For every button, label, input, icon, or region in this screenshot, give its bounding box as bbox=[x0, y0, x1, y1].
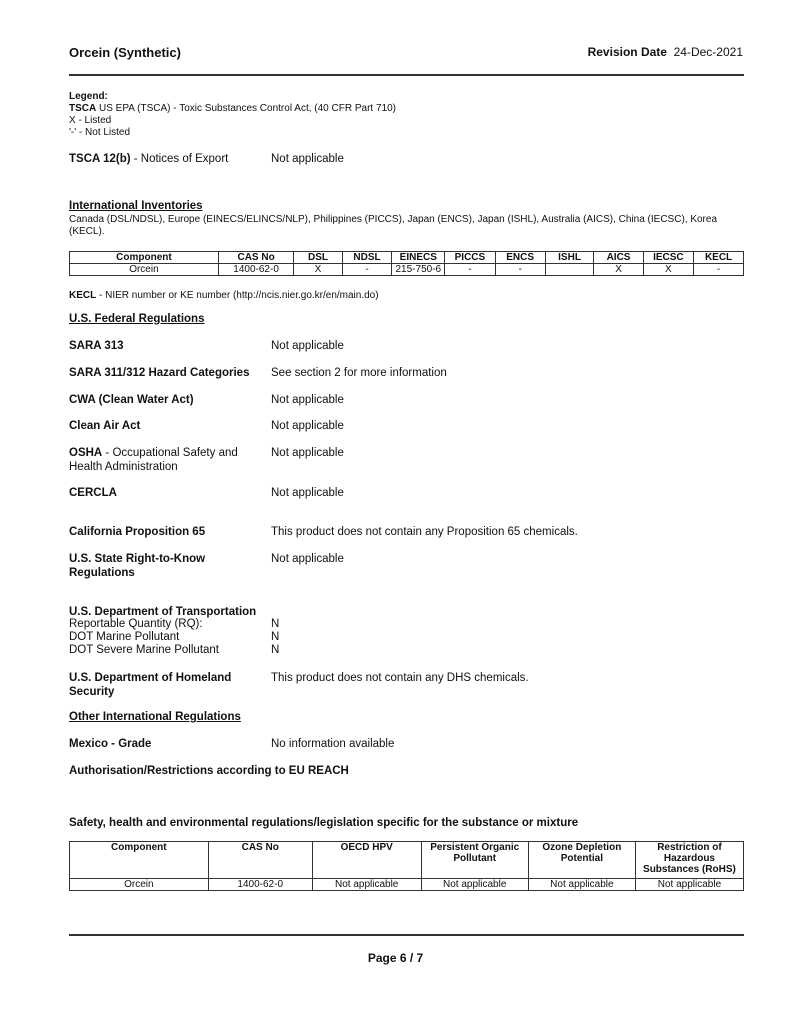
rtk-label: U.S. State Right-to-Know Regulations bbox=[69, 552, 229, 580]
legend: Legend: TSCA US EPA (TSCA) - Toxic Subst… bbox=[69, 91, 396, 139]
safety-table: ComponentCAS NoOECD HPVPersistent Organi… bbox=[69, 841, 744, 891]
reach-label: Authorisation/Restrictions according to … bbox=[69, 764, 469, 778]
dhs-value: This product does not contain any DHS ch… bbox=[271, 671, 529, 685]
column-header: NDSL bbox=[342, 252, 392, 264]
table-cell: Not applicable bbox=[421, 879, 528, 891]
legend-listed: X - Listed bbox=[69, 115, 396, 127]
intl-inventories-heading: International Inventories bbox=[69, 200, 203, 212]
dhs-label: U.S. Department of Homeland Security bbox=[69, 671, 249, 699]
table-cell: - bbox=[694, 264, 744, 276]
column-header: EINECS bbox=[392, 252, 445, 264]
table-cell: X bbox=[643, 264, 694, 276]
revision-label: Revision Date bbox=[588, 45, 667, 59]
osha-label: OSHA - Occupational Safety and Health Ad… bbox=[69, 446, 254, 474]
cwa-label: CWA (Clean Water Act) bbox=[69, 393, 259, 407]
column-header: Ozone Depletion Potential bbox=[528, 842, 635, 879]
dot-rq-label: Reportable Quantity (RQ): bbox=[69, 618, 203, 631]
clean-air-value: Not applicable bbox=[271, 419, 344, 433]
column-header: OECD HPV bbox=[312, 842, 421, 879]
table-cell: 1400-62-0 bbox=[208, 879, 312, 891]
column-header: Component bbox=[70, 252, 219, 264]
header-divider bbox=[69, 74, 744, 76]
cercla-label: CERCLA bbox=[69, 486, 259, 500]
sara313-value: Not applicable bbox=[271, 339, 344, 353]
column-header: ISHL bbox=[545, 252, 594, 264]
dot-rq-value: N bbox=[271, 618, 279, 631]
tsca12b-value: Not applicable bbox=[271, 152, 344, 166]
table-cell: - bbox=[342, 264, 392, 276]
table-cell: Not applicable bbox=[635, 879, 743, 891]
revision-date-value: 24-Dec-2021 bbox=[674, 45, 743, 59]
sara311-value: See section 2 for more information bbox=[271, 366, 447, 380]
column-header: Restriction of Hazardous Substances (RoH… bbox=[635, 842, 743, 879]
column-header: Component bbox=[70, 842, 209, 879]
column-header: DSL bbox=[294, 252, 342, 264]
column-header: ENCS bbox=[495, 252, 545, 264]
table-cell: 215-750-6 bbox=[392, 264, 445, 276]
sara313-label: SARA 313 bbox=[69, 339, 259, 353]
column-header: KECL bbox=[694, 252, 744, 264]
cwa-value: Not applicable bbox=[271, 393, 344, 407]
table-cell: Orcein bbox=[70, 264, 219, 276]
dot-marine-label: DOT Marine Pollutant bbox=[69, 631, 179, 644]
table-row: Orcein1400-62-0Not applicableNot applica… bbox=[70, 879, 744, 891]
table-row: Orcein1400-62-0X-215-750-6--XX- bbox=[70, 264, 744, 276]
table-cell: 1400-62-0 bbox=[218, 264, 293, 276]
column-header: IECSC bbox=[643, 252, 694, 264]
legend-heading: Legend: bbox=[69, 91, 396, 103]
page-number: Page 6 / 7 bbox=[0, 951, 791, 965]
legend-tsca: TSCA US EPA (TSCA) - Toxic Substances Co… bbox=[69, 103, 396, 115]
column-header: CAS No bbox=[218, 252, 293, 264]
table-cell: X bbox=[594, 264, 643, 276]
dot-heading: U.S. Department of Transportation bbox=[69, 605, 289, 619]
table-cell: - bbox=[445, 264, 496, 276]
legend-not-listed: '-' - Not Listed bbox=[69, 127, 396, 139]
table-cell: Not applicable bbox=[312, 879, 421, 891]
column-header: Persistent Organic Pollutant bbox=[421, 842, 528, 879]
other-intl-heading: Other International Regulations bbox=[69, 711, 241, 723]
cercla-value: Not applicable bbox=[271, 486, 344, 500]
us-federal-heading: U.S. Federal Regulations bbox=[69, 313, 204, 325]
kecl-note: KECL - NIER number or KE number (http://… bbox=[69, 290, 379, 302]
tsca12b-label: TSCA 12(b) - Notices of Export bbox=[69, 152, 269, 166]
mexico-label: Mexico - Grade bbox=[69, 737, 259, 751]
dot-marine-value: N bbox=[271, 631, 279, 644]
prop65-value: This product does not contain any Propos… bbox=[271, 525, 578, 539]
table-cell: X bbox=[294, 264, 342, 276]
footer-divider bbox=[69, 934, 744, 936]
intl-inventories-description: Canada (DSL/NDSL), Europe (EINECS/ELINCS… bbox=[69, 214, 744, 238]
inventory-table: ComponentCAS NoDSLNDSLEINECSPICCSENCSISH… bbox=[69, 251, 744, 276]
revision-date: Revision Date 24-Dec-2021 bbox=[588, 45, 743, 59]
document-title: Orcein (Synthetic) bbox=[69, 45, 181, 60]
osha-value: Not applicable bbox=[271, 446, 344, 460]
rtk-value: Not applicable bbox=[271, 552, 344, 566]
dot-severe-label: DOT Severe Marine Pollutant bbox=[69, 644, 219, 657]
mexico-value: No information available bbox=[271, 737, 394, 751]
table-cell: - bbox=[495, 264, 545, 276]
dot-severe-value: N bbox=[271, 644, 279, 657]
safety-heading: Safety, health and environmental regulat… bbox=[69, 816, 669, 830]
clean-air-label: Clean Air Act bbox=[69, 419, 259, 433]
column-header: PICCS bbox=[445, 252, 496, 264]
prop65-label: California Proposition 65 bbox=[69, 525, 259, 539]
column-header: AICS bbox=[594, 252, 643, 264]
table-cell: Not applicable bbox=[528, 879, 635, 891]
table-cell: Orcein bbox=[70, 879, 209, 891]
column-header: CAS No bbox=[208, 842, 312, 879]
table-cell bbox=[545, 264, 594, 276]
sara311-label: SARA 311/312 Hazard Categories bbox=[69, 366, 259, 380]
